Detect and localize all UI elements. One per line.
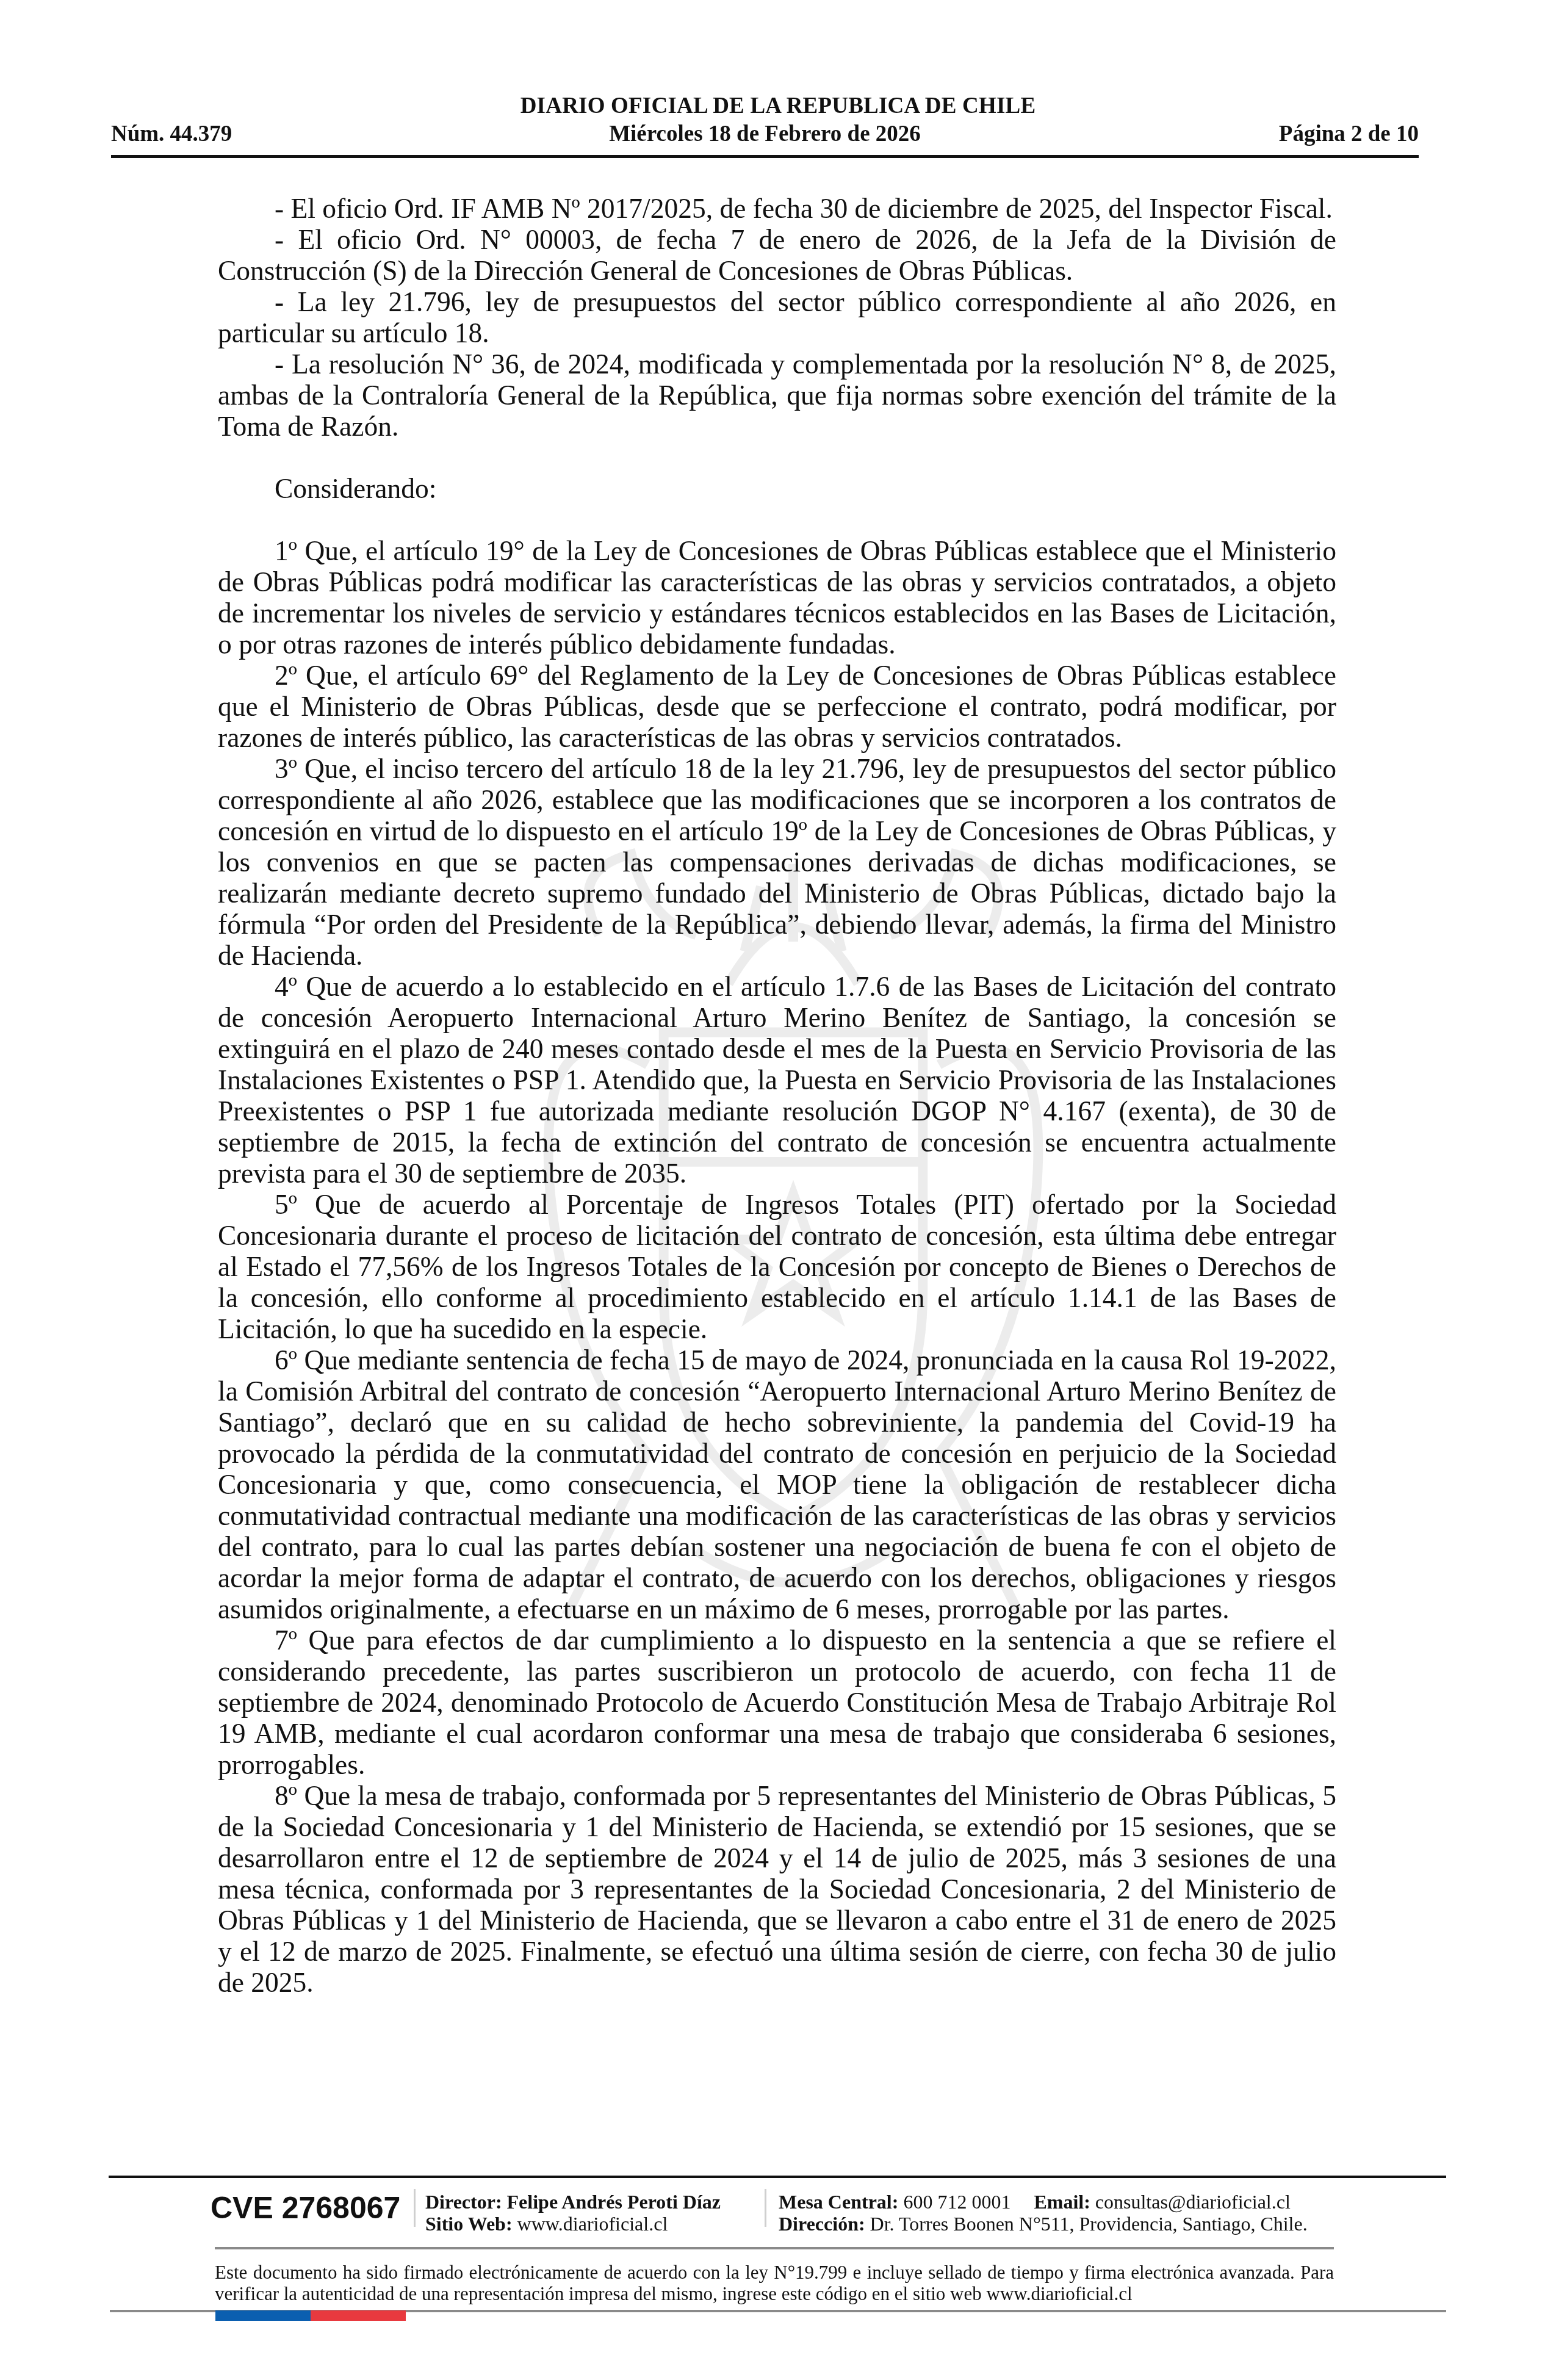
considerando-item: 1º Que, el artículo 19° de la Ley de Con…: [218, 535, 1336, 660]
header-row: Miércoles 18 de Febrero de 2026 Núm. 44.…: [111, 121, 1419, 149]
flag-stripe-red: [311, 2310, 406, 2321]
address-label: Dirección:: [779, 2213, 865, 2235]
considerando-item: 4º Que de acuerdo a lo establecido en el…: [218, 971, 1336, 1189]
considerando-heading: Considerando:: [218, 473, 1336, 504]
vistos-item: - El oficio Ord. N° 00003, de fecha 7 de…: [218, 224, 1336, 286]
electronic-signature-note: Este documento ha sido firmado electróni…: [215, 2262, 1334, 2304]
vistos-item: - El oficio Ord. IF AMB Nº 2017/2025, de…: [218, 193, 1336, 224]
publication-title: DIARIO OFICIAL DE LA REPUBLICA DE CHILE: [0, 93, 1556, 119]
website-link[interactable]: www.diarioficial.cl: [517, 2213, 668, 2235]
website-label: Sitio Web:: [425, 2213, 513, 2235]
considerando-item: 5º Que de acuerdo al Porcentaje de Ingre…: [218, 1189, 1336, 1344]
phone-label: Mesa Central:: [779, 2191, 898, 2213]
considerando-item: 6º Que mediante sentencia de fecha 15 de…: [218, 1344, 1336, 1625]
considerando-item: 3º Que, el inciso tercero del artículo 1…: [218, 753, 1336, 971]
considerando-item: 2º Que, el artículo 69° del Reglamento d…: [218, 660, 1336, 753]
email-label: Email:: [1034, 2191, 1090, 2213]
footer-divider-middle: [215, 2247, 1334, 2249]
phone-number: 600 712 0001: [903, 2191, 1010, 2213]
vistos-item: - La ley 21.796, ley de presupuestos del…: [218, 286, 1336, 348]
footer-contact-block: Mesa Central: 600 712 0001Email: consult…: [779, 2191, 1308, 2235]
header-divider: [111, 155, 1419, 158]
considerando-item: 8º Que la mesa de trabajo, conformada po…: [218, 1780, 1336, 1998]
director-name: Felipe Andrés Peroti Díaz: [507, 2191, 721, 2213]
footer-divider-top: [109, 2176, 1446, 2178]
vistos-item: - La resolución N° 36, de 2024, modifica…: [218, 348, 1336, 442]
email-link[interactable]: consultas@diarioficial.cl: [1095, 2191, 1291, 2213]
footer-separator: [765, 2189, 766, 2227]
issue-number: Núm. 44.379: [111, 121, 232, 147]
page-indicator: Página 2 de 10: [1279, 121, 1419, 147]
document-body: - El oficio Ord. IF AMB Nº 2017/2025, de…: [218, 193, 1336, 1998]
director-label: Director:: [425, 2191, 502, 2213]
footer-director-block: Director: Felipe Andrés Peroti Díaz Siti…: [425, 2191, 721, 2235]
flag-stripe-blue: [215, 2310, 311, 2321]
cve-code: CVE 2768067: [211, 2191, 400, 2225]
footer-separator: [414, 2189, 416, 2227]
considerando-item: 7º Que para efectos de dar cumplimiento …: [218, 1625, 1336, 1780]
address-value: Dr. Torres Boonen N°511, Providencia, Sa…: [870, 2213, 1308, 2235]
issue-date: Miércoles 18 de Febrero de 2026: [111, 121, 1419, 147]
